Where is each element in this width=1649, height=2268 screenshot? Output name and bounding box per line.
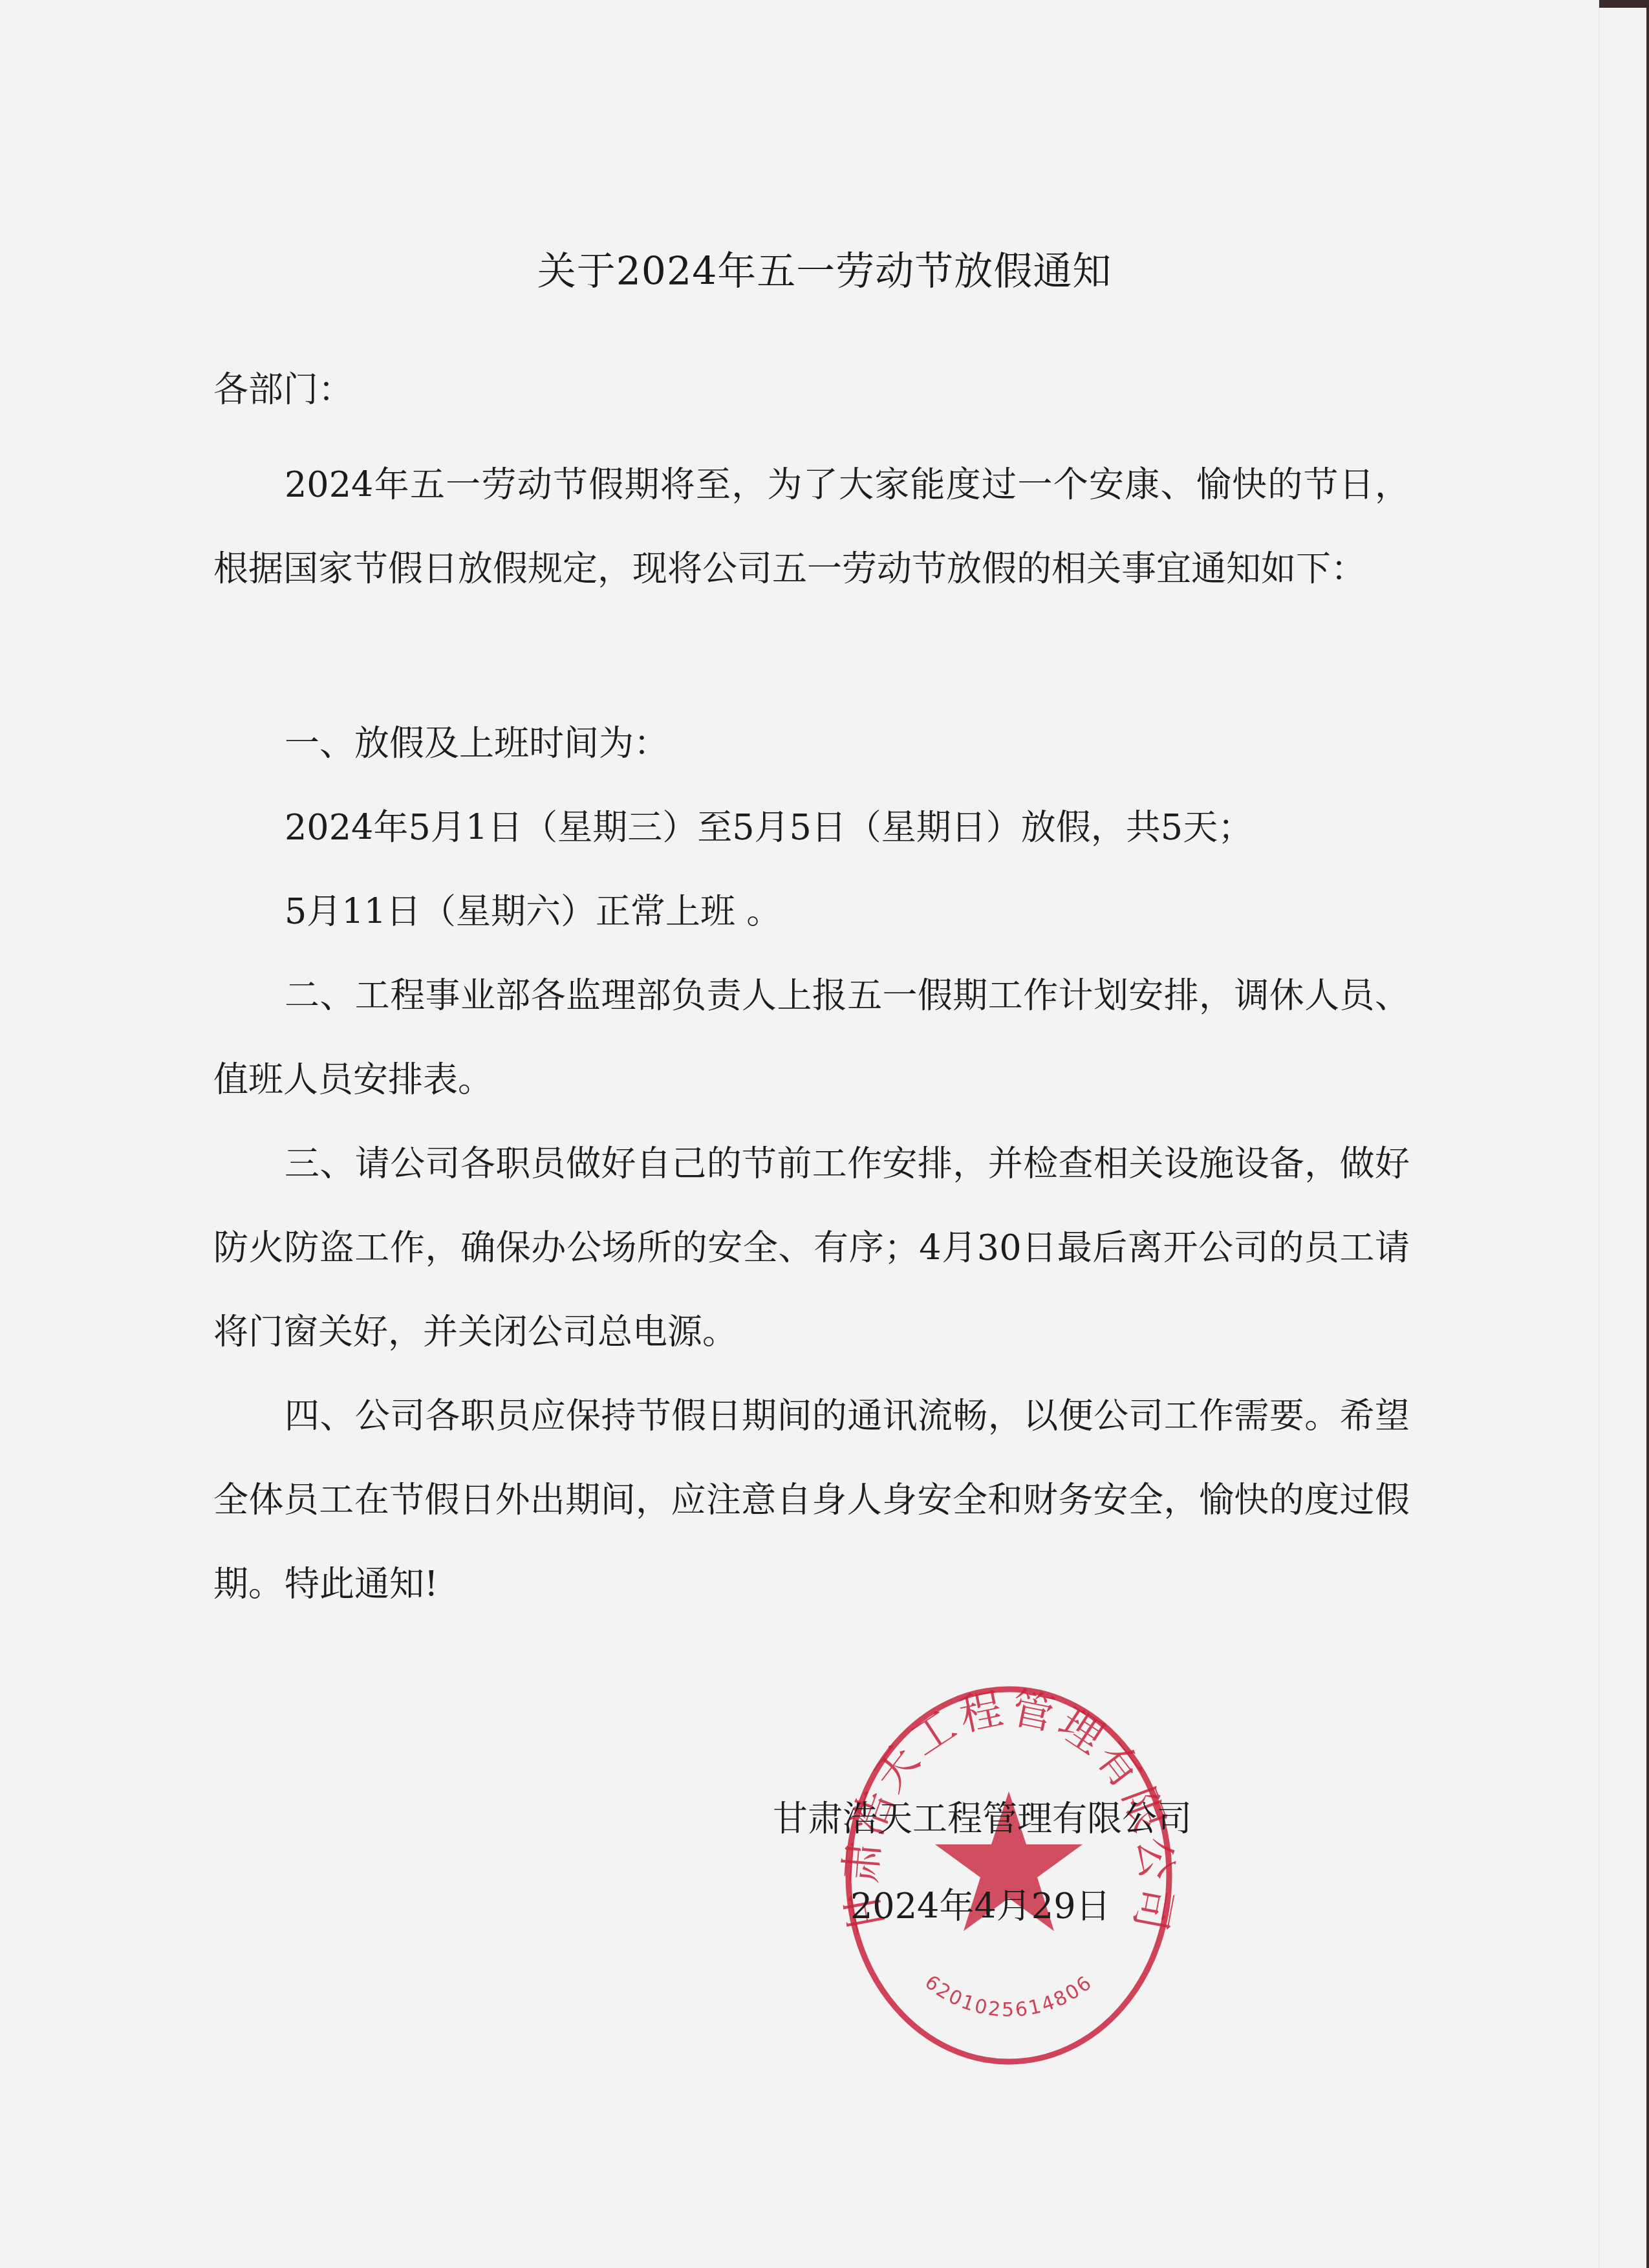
item1-heading: 一、放假及上班时间为： [213, 702, 1410, 786]
seal-icon: 甘肃浩天工程管理有限公司 6201025614806 [841, 1681, 1177, 2069]
item1-workday: 5月11日（星期六）正常上班 。 [213, 870, 1410, 954]
seal-code-text: 6201025614806 [920, 1971, 1097, 2022]
item2-text: 二、工程事业部各监理部负责人上报五一假期工作计划安排，调休人员、值班人员安排表。 [213, 954, 1410, 1122]
scan-fold-line [1599, 0, 1599, 2268]
closing-block: 特此通知! [213, 1542, 1410, 1626]
salutation: 各部门： [213, 362, 353, 412]
scan-border-top [1599, 0, 1649, 8]
document-page: 关于2024年五一劳动节放假通知 各部门： 2024年五一劳动节假期将至，为了大… [0, 0, 1649, 2268]
intro-text: 2024年五一劳动节假期将至，为了大家能度过一个安康、愉快的节日，根据国家节假日… [213, 443, 1410, 611]
signature-company: 甘肃浩天工程管理有限公司 [773, 1791, 1192, 1841]
item1-holiday-block: 2024年5月1日（星期三）至5月5日（星期日）放假，共5天； [213, 786, 1410, 870]
item1-workday-block: 5月11日（星期六）正常上班 。 [213, 870, 1410, 954]
item3-text: 三、请公司各职员做好自己的节前工作安排，并检查相关设施设备，做好防火防盗工作，确… [213, 1122, 1410, 1374]
scan-border-right [1646, 0, 1649, 2268]
signature-date: 2024年4月29日 [850, 1879, 1111, 1928]
intro-paragraph: 2024年五一劳动节假期将至，为了大家能度过一个安康、愉快的节日，根据国家节假日… [213, 443, 1410, 611]
closing-text: 特此通知! [213, 1542, 1410, 1626]
item2-block: 二、工程事业部各监理部负责人上报五一假期工作计划安排，调休人员、值班人员安排表。 [213, 954, 1410, 1122]
svg-text:6201025614806: 6201025614806 [920, 1971, 1097, 2022]
item1-heading-block: 一、放假及上班时间为： [213, 702, 1410, 786]
item1-holiday: 2024年5月1日（星期三）至5月5日（星期日）放假，共5天； [213, 786, 1410, 870]
company-seal-stamp: 甘肃浩天工程管理有限公司 6201025614806 [841, 1681, 1177, 2069]
document-title: 关于2024年五一劳动节放假通知 [0, 241, 1649, 296]
item3-block: 三、请公司各职员做好自己的节前工作安排，并检查相关设施设备，做好防火防盗工作，确… [213, 1122, 1410, 1374]
